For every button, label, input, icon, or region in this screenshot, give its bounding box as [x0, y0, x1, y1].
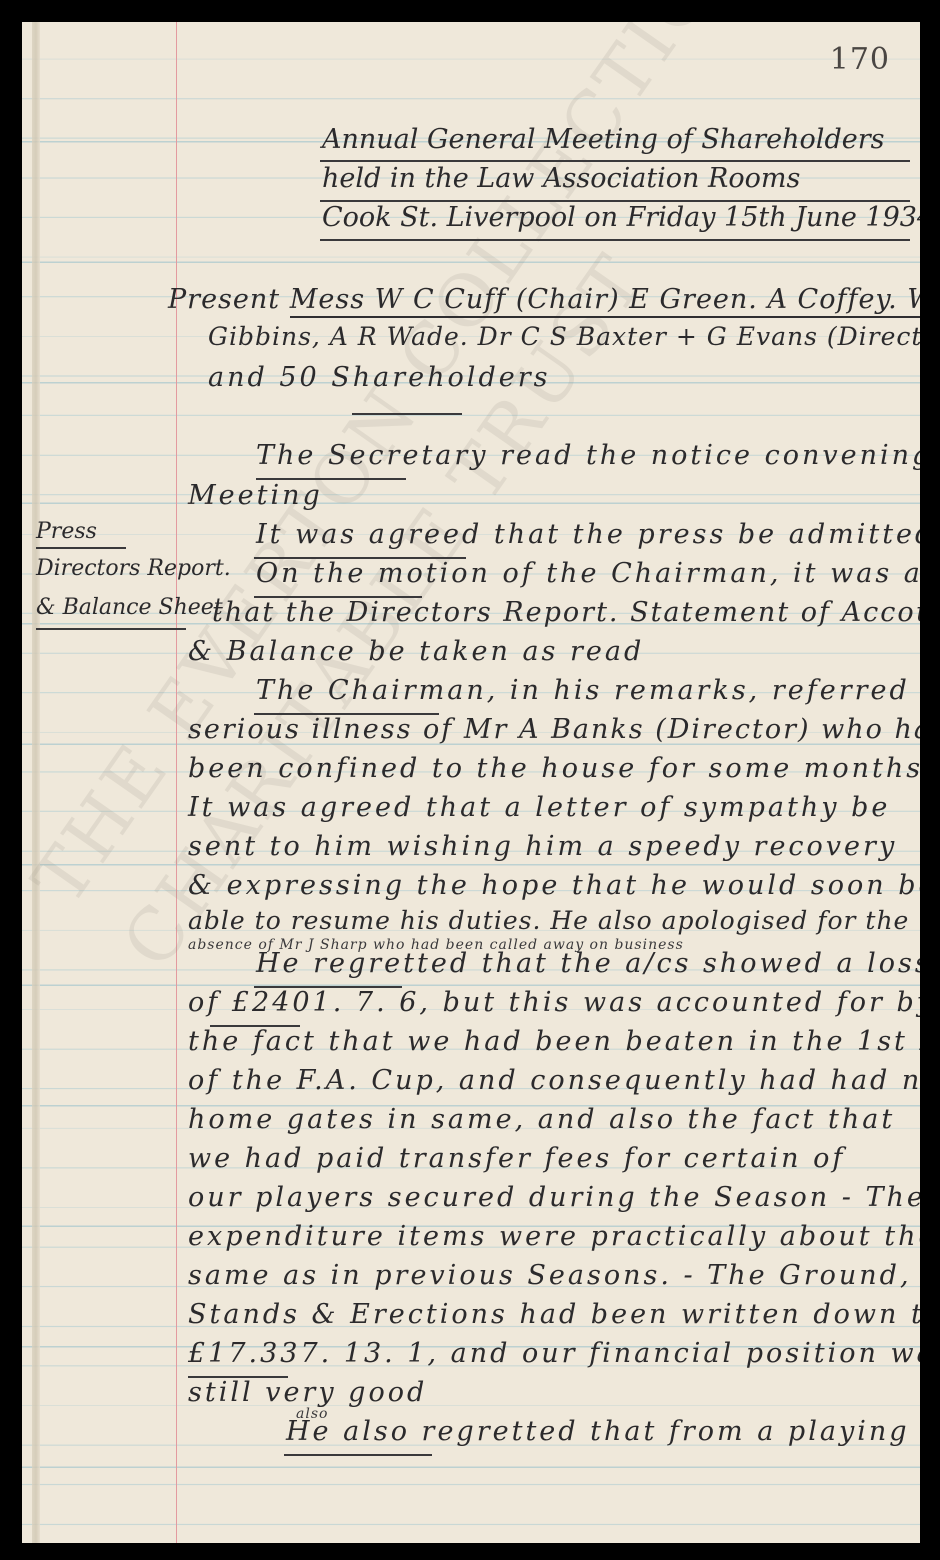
present-line-3: and 50 Shareholders — [208, 362, 550, 393]
body-line-6: & Balance be taken as read — [188, 636, 644, 667]
underline-he-also-regretted — [284, 1454, 432, 1456]
body-line-2: Meeting — [188, 480, 323, 511]
margin-note-press: Press — [36, 519, 97, 544]
body-line-17: of the F.A. Cup, and consequently had ha… — [188, 1065, 920, 1096]
margin-underline-balance — [36, 628, 186, 630]
ledger-page: THE EVERTON COLLECTION CHARITABLE TRUST … — [22, 22, 920, 1543]
page-number: 170 — [830, 42, 890, 77]
body-line-26: He also regretted that from a playing — [286, 1416, 910, 1447]
title-line-3: Cook St. Liverpool on Friday 15th June 1… — [322, 198, 920, 238]
body-line-15: of £2401. 7. 6, but this was accounted f… — [188, 987, 920, 1018]
body-line-1: The Secretary read the notice convening … — [256, 440, 920, 471]
present-label: Present — [168, 284, 280, 315]
body-line-10: It was agreed that a letter of sympathy … — [188, 792, 890, 823]
body-line-12: & expressing the hope that he would soon… — [188, 870, 920, 901]
body-line-14: He regretted that the a/cs showed a loss — [256, 948, 920, 979]
present-line-2: Gibbins, A R Wade. Dr C S Baxter + G Eva… — [208, 322, 920, 351]
present-underline — [352, 413, 462, 415]
body-line-5: that the Directors Report. Statement of … — [212, 597, 920, 628]
binding-edge — [32, 22, 40, 1543]
body-line-19: we had paid transfer fees for certain of — [188, 1143, 845, 1174]
body-line-21: expenditure items were practically about… — [188, 1221, 920, 1252]
present-line-1: Present Mess W C Cuff (Chair) E Green. A… — [168, 284, 920, 315]
body-line-22: same as in previous Seasons. - The Groun… — [188, 1260, 912, 1291]
body-line-8: serious illness of Mr A Banks (Director)… — [188, 714, 920, 745]
title-underline-3 — [320, 239, 910, 241]
margin-note-directors-report: Directors Report. — [36, 556, 231, 581]
body-line-11: sent to him wishing him a speedy recover… — [188, 831, 897, 862]
body-line-16: the fact that we had been beaten in the … — [188, 1026, 920, 1057]
title-line-1: Annual General Meeting of Shareholders — [322, 120, 884, 160]
body-line-3: It was agreed that the press be admitted… — [256, 519, 920, 550]
body-line-23: Stands & Erections had been written down… — [188, 1299, 920, 1330]
body-line-20: our players secured during the Season - … — [188, 1182, 920, 1213]
body-line-4: On the motion of the Chairman, it was ag… — [256, 558, 920, 589]
body-line-24: £17.337. 13. 1, and our financial positi… — [188, 1338, 920, 1369]
title-line-2: held in the Law Association Rooms — [322, 159, 800, 199]
body-line-18: home gates in same, and also the fact th… — [188, 1104, 895, 1135]
margin-note-balance-sheet: & Balance Sheet — [36, 595, 223, 620]
body-line-9: been confined to the house for some mont… — [188, 753, 920, 784]
body-line-13: able to resume his duties. He also apolo… — [188, 906, 909, 935]
body-line-25: still very good — [188, 1377, 427, 1408]
margin-underline-press — [36, 547, 126, 549]
present-names: Mess W C Cuff (Chair) E Green. A Coffey.… — [290, 284, 920, 318]
body-line-7: The Chairman, in his remarks, referred t… — [256, 675, 920, 706]
